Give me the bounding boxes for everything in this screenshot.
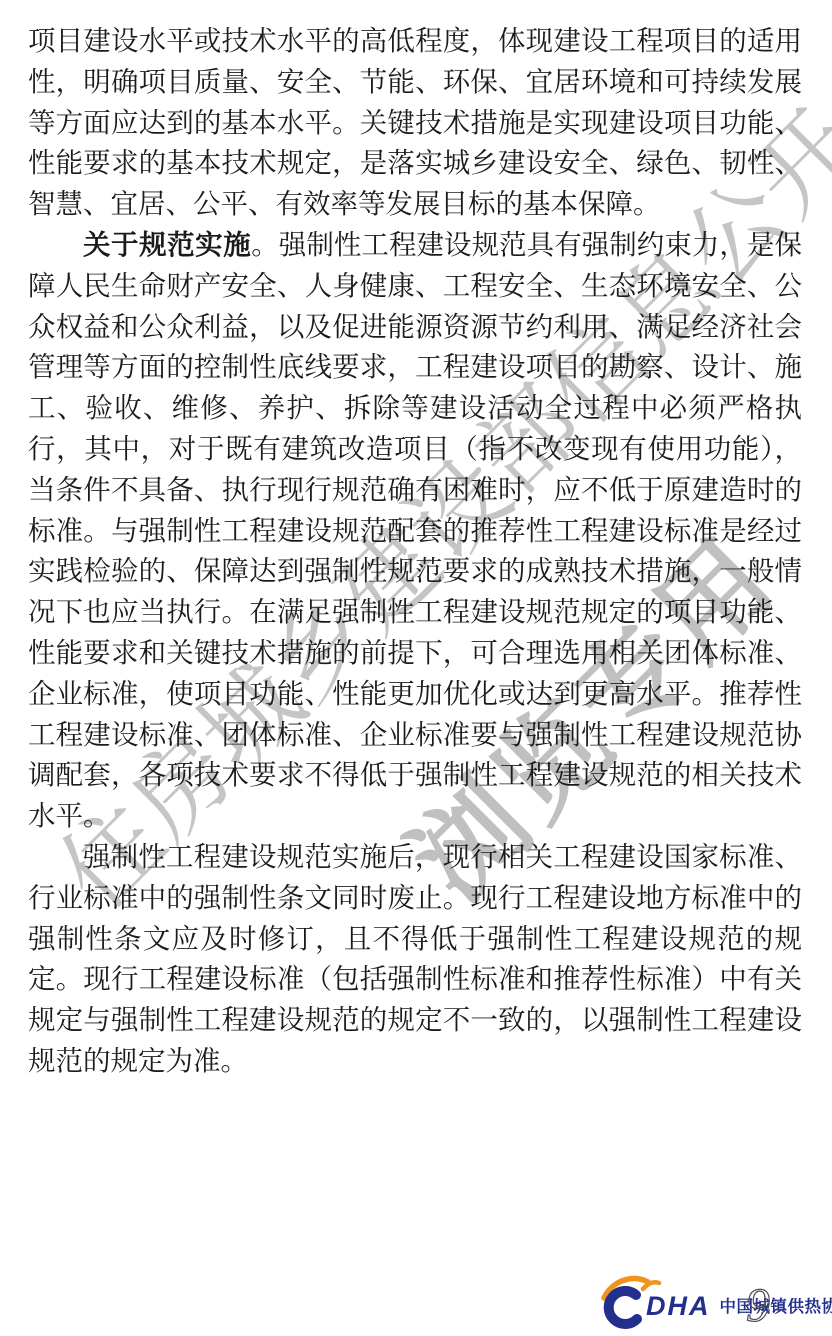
document-page: { "document": { "paragraphs": [ { "text"… bbox=[0, 0, 832, 1336]
paragraph-text: 项目建设水平或技术水平的高低程度，体现建设工程项目的适用性，明确项目质量、安全、… bbox=[28, 25, 802, 219]
cdha-acronym: DHA bbox=[646, 1291, 711, 1322]
paragraph-implementation: 关于规范实施。强制性工程建设规范具有强制约束力，是保障人民生命财产安全、人身健康… bbox=[28, 225, 802, 837]
page-body-text: 项目建设水平或技术水平的高低程度，体现建设工程项目的适用性，明确项目质量、安全、… bbox=[28, 21, 802, 1082]
cdha-association-name: 中国城镇供热协会 bbox=[720, 1293, 832, 1317]
paragraph-bold-lead: 关于规范实施 bbox=[83, 229, 251, 260]
paragraph-supersession: 强制性工程建设规范实施后，现行相关工程建设国家标准、行业标准中的强制性条文同时废… bbox=[28, 837, 802, 1082]
paragraph-text: 。强制性工程建设规范具有强制约束力，是保障人民生命财产安全、人身健康、工程安全、… bbox=[28, 229, 802, 831]
paragraph-continuation: 项目建设水平或技术水平的高低程度，体现建设工程项目的适用性，明确项目质量、安全、… bbox=[28, 21, 802, 225]
paragraph-text: 强制性工程建设规范实施后，现行相关工程建设国家标准、行业标准中的强制性条文同时废… bbox=[28, 841, 802, 1076]
cdha-logo: DHA 中国城镇供热协会 bbox=[596, 1270, 832, 1332]
